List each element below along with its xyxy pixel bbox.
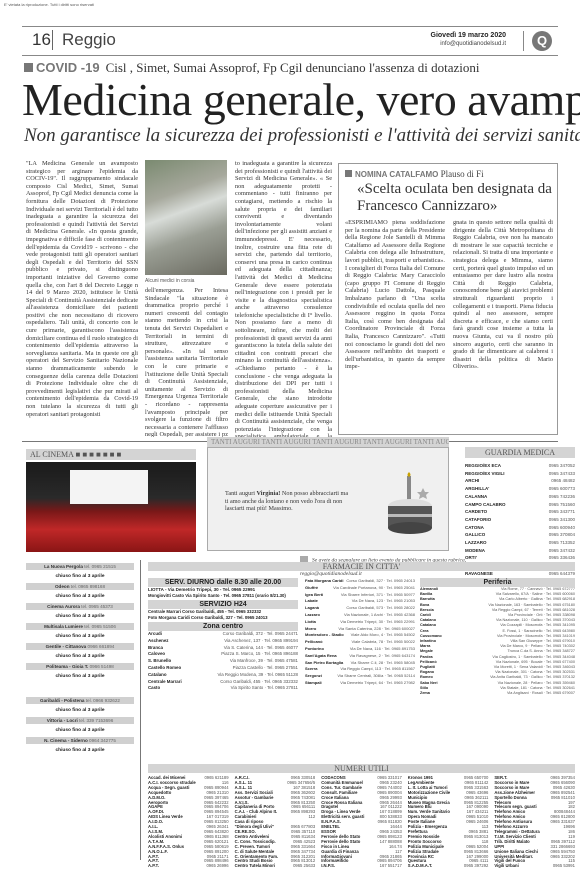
cinema-name: Multisala Lumiere xyxy=(44,624,83,629)
pharmacy-row: BrancaVia S. Caterina, 144 · Tel. 0965 4… xyxy=(148,645,298,652)
farmacie-citta-list: Fata Morgana CaridiCorso Garibaldi, 327 … xyxy=(305,578,415,687)
pharmacy-row-name: San Pietro Bortaglia xyxy=(305,660,343,667)
numero-row: A.P.T.0965 26996 xyxy=(148,864,229,869)
guardia-row: MODENA0965 347432 xyxy=(465,547,575,555)
cinema-item: Cinema Aurora tel. 0965 45373chiuso fino… xyxy=(26,603,134,623)
numero-row: S.A.D.M.A.T.0965 397292 xyxy=(408,864,489,869)
guardia-row: LAZZARO0965 713352 xyxy=(465,539,575,547)
pharmacy-row-value: Via Santa Caterina, 228 · Tel. 0965 6000… xyxy=(338,626,415,633)
pharmacy-row-name: Pellicanò xyxy=(305,639,323,646)
pharmacy-row: LazzaroVia Nazionale, 1 Archi · Tel. 096… xyxy=(305,612,415,619)
pharmacy-row-value: Piazza S. Marco, 15 · Tel. 0965 896188 xyxy=(221,651,298,658)
article-subhead: Non garantisce la sicurezza dei professi… xyxy=(24,125,580,147)
guardia-row: ARGHILLA'0965 600773 xyxy=(465,485,575,493)
cinema-phone: tel. 0966 932622 xyxy=(86,698,120,703)
sidebar-title: «Scelta oculata ben designata da Frances… xyxy=(357,181,557,215)
cinema-band-label: AL CINEMA xyxy=(30,450,73,459)
pharmacy-row-value: Via Anglisani · Rosali · Tel. 0965 67900… xyxy=(507,691,575,696)
numero-row-name: S.A.D.M.A.T. xyxy=(408,864,432,869)
numeri-column: A.R.C.I.0965 330518A.S.L. 110965 347656/… xyxy=(235,776,316,869)
pharmacy-row: San Pietro BortagliaVia Sbarre C.li, 28 … xyxy=(305,660,415,667)
pharmacy-row: GiuffrèVia Cardinale Portanova, 90 · Tel… xyxy=(305,585,415,592)
guardia-phone: 0965 600940 xyxy=(549,524,575,532)
pharmacy-row: PellicanòViale Calabria, 78 · Tel. 0965 … xyxy=(305,639,415,646)
cinema-band: AL CINEMA ■ ■ ■ ■ ■ ■ ■ xyxy=(26,449,196,460)
pharmacy-row-name: Pontorino xyxy=(305,646,324,653)
pharmacy-row-name: S. Brunello xyxy=(148,658,171,665)
zona-centro-list: ArcudiCorso Garibaldi, 372 · Tel. 0965 2… xyxy=(148,631,298,692)
pharmacy-row-name: Sant'Agata Rena xyxy=(305,653,337,660)
pharmacy-row-name: Fata Morgana Caridi xyxy=(305,578,343,585)
serv-diurno-line-2: Mongiovitti Casto Via Spirito Santo · Te… xyxy=(148,593,298,599)
cinema-phone: tel. 0965 898168 xyxy=(71,584,105,589)
article-column-2: dell'emergenza. Per Intesa Sindacale "la… xyxy=(145,287,228,437)
zona-centro-title: Zona centro xyxy=(148,622,298,631)
pharmacy-row: LiottaVia Demetrio Tripepi, 30 · Tel. 09… xyxy=(305,619,415,626)
numero-row: Vigili Urbani0965 53991 xyxy=(494,864,575,869)
cinema-status: chiuso fino al 3 aprile xyxy=(26,570,134,583)
cinema-status: chiuso fino al 3 aprile xyxy=(26,590,134,603)
cinema-name-bar: La Nuova Pergola tel. 0965 21515 xyxy=(26,563,134,570)
guardia-location: LAZZARO xyxy=(465,539,487,547)
pharmacy-row: Castello RomeoPiazza Castello · Tel. 096… xyxy=(148,665,298,672)
periferia-title: Periferia xyxy=(420,578,575,587)
pharmacy-row-name: Stampali xyxy=(305,680,322,687)
cinema-name: Vittoria - Locri xyxy=(47,718,78,723)
cinema-phone: 0966 51498 xyxy=(90,664,114,669)
birthday-cake-icon xyxy=(385,470,435,540)
numero-row: Centro Tutela Minori0965 25633 xyxy=(235,864,316,869)
pharmacy-row-name: Sergonzi xyxy=(305,673,322,680)
cinema-status: chiuso fino al 3 aprile xyxy=(26,724,134,737)
cinema-status: chiuso fino al 3 aprile xyxy=(26,650,134,663)
cinema-status: chiuso fino al 3 aprile xyxy=(26,744,134,757)
sidebar-column-2: gnata in questo settore nella qualità di… xyxy=(453,219,553,429)
numeri-column: CODACONS0965 331017Comunità Emmanuel0965… xyxy=(321,776,402,869)
guardia-location: CALANNA xyxy=(465,493,487,501)
pharmacy-row-value: Via Demetrio Tripepi, 30 · Tel. 0965 229… xyxy=(340,619,415,626)
header-top-rule xyxy=(22,26,558,27)
auguri-message: Tanti auguri Virginia! Non posso abbracc… xyxy=(225,490,350,513)
pharmacy-row-name: Castello Romeo xyxy=(148,665,181,672)
auguri-band: TANTI AUGURI TANTI AUGURI TANTI AUGURI T… xyxy=(207,437,449,447)
header-bottom-rule xyxy=(22,55,558,56)
guardia-location: ORTI' xyxy=(465,554,477,562)
pharmacy-row: CatalanoVia Reggio Modena, 39 · Tel. 096… xyxy=(148,672,298,679)
cinema-phone: tel. 0965 51506 xyxy=(84,624,116,629)
pharmacy-row-value: Via Nazionale, 1 Archi · Tel. 0965 42368 xyxy=(344,612,415,619)
guardia-location: CARDETO xyxy=(465,508,487,516)
h24-title: SERVIZIO H24 xyxy=(148,600,298,609)
pharmacy-row: AschenezVia Aschenez, 137 · Tel. 0965 89… xyxy=(148,638,298,645)
guardia-location: MODENA xyxy=(465,547,485,555)
cinema-item: Garibaldi - Polistena tel. 0966 932622ch… xyxy=(26,697,134,717)
cinema-screen xyxy=(70,470,148,504)
guardia-row: REGGIO/EX VIGILI0965 347433 xyxy=(465,470,575,478)
auguri-name: Virginia! xyxy=(257,490,281,497)
sidebar-kicker-text: Plauso di Fi xyxy=(441,169,484,179)
pharmacy-row-name: Caloveo xyxy=(148,651,165,658)
guardia-location: ARCHI xyxy=(465,477,479,485)
cinema-phone: 0964 342775 xyxy=(89,738,116,743)
numero-row: I.N.P.S.167 551717 xyxy=(321,864,402,869)
guardia-phone: 0965 600773 xyxy=(549,485,575,493)
numeri-column: SER.T.0965 397354Soccorso in Mare0965 65… xyxy=(494,776,575,869)
pharmacy-row-value: Via Demetrio Tripepi, 64 · Tel. 0965 279… xyxy=(340,680,415,687)
cinema-name: La Nuova Pergola xyxy=(44,564,83,569)
cinema-name-bar: Politeama - Gioia T. 0966 51498 xyxy=(26,663,134,670)
article-headline: Medicina generale, vero avamposto xyxy=(22,76,580,124)
sidebar-column-1: «ESPRIMIAMO piena soddisfazione per la n… xyxy=(345,219,445,429)
pharmacy-row-name: Giuffrè xyxy=(305,585,318,592)
cinema-name-bar: Garibaldi - Polistena tel. 0966 932622 xyxy=(26,697,134,704)
photo-caption: Alcuni medici in corsia xyxy=(145,278,194,284)
pharmacy-row: ScerraVia Reggio Campi, 113 · Tel. 0965 … xyxy=(305,666,415,673)
pharmacy-row: S. BrunelloVia Manfroce, 39 · Tel. 0965 … xyxy=(148,658,298,665)
column-rule xyxy=(140,560,141,860)
cinema-name-bar: Cinema Aurora tel. 0965 45373 xyxy=(26,603,134,610)
guardia-phone: 0965 341300 xyxy=(549,516,575,524)
pharmacy-row-name: Labate xyxy=(305,598,318,605)
issue-date: Giovedì 19 marzo 2020 xyxy=(431,32,506,39)
h24-line-2: Foto Morgana Caridi Corso Garibaldi, 327… xyxy=(148,615,298,621)
guardia-title: GUARDIA MEDICA xyxy=(465,447,575,458)
pharmacy-row-name: Aschenez xyxy=(148,638,169,645)
guardia-location: REGGIO/EX VIGILI xyxy=(465,470,505,478)
cinema-name: Politeama - Gioia T. xyxy=(46,664,88,669)
periferia-list: AlemanoliVia Rome, 77 · Cannavò · Tel. 0… xyxy=(420,587,575,696)
cinema-status: chiuso fino al 3 aprile xyxy=(26,704,134,717)
numero-row-value: 112 xyxy=(309,815,316,820)
cinema-name-bar: Multisala Lumiere tel. 0965 51506 xyxy=(26,623,134,630)
article-tag: COVID -19 xyxy=(36,60,100,75)
cinema-item: N. Cinema - Siderno 0964 342775chiuso fi… xyxy=(26,737,134,757)
guardia-location: GALLICO xyxy=(465,531,485,539)
pharmacy-row-name: Montesdoro - Stadio xyxy=(305,632,344,639)
pharmacy-row-value: Viale Aldo Moro, 4 · Tel. 0965 54502 xyxy=(351,632,415,639)
pharmacy-row-value: Via De Nava, 123 · Tel. 0965 21053 xyxy=(352,598,415,605)
pharmacy-row-value: Via De Nava, 116 · Tel. 0965 891753 xyxy=(350,646,415,653)
pharmacy-row-value: Corso Garibaldi, 455 · Tel. 0965 332332 xyxy=(220,679,298,686)
guardia-location: CAMPO CALABRO xyxy=(465,501,506,509)
pharmacy-row-value: Via Reggio Modena, 39 · Tel. 0965 51128 xyxy=(217,672,298,679)
cinema-name-bar: Odeon tel. 0965 898168 xyxy=(26,583,134,590)
auguri-pre: Tanti auguri xyxy=(225,490,257,497)
cinema-status: chiuso fino al 3 aprile xyxy=(26,670,134,683)
guardia-row: ORTI'0965 336436 xyxy=(465,554,575,562)
guardia-row: REGGIO/EX ECA0965 347052 xyxy=(465,462,575,470)
numero-row-value: 0965 25633 xyxy=(293,864,315,869)
cinema-name-bar: Vittoria - Locri tel. 339 7153696 xyxy=(26,717,134,724)
pharmacy-row-name: Igea Berti xyxy=(305,592,323,599)
serv-diurno-title: SERV. DIURNO dalle 8.30 alle 20.00 xyxy=(148,578,298,587)
numero-row-value: 167 551717 xyxy=(380,864,402,869)
numeri-utili-grid: Accad. dei Micenei0965 621189A.C.I. socc… xyxy=(148,776,575,869)
cinema-phone: tel. 339 7153696 xyxy=(79,718,113,723)
kicker-text: Cisl , Simet, Sumai Assoprof, Fp Cgil de… xyxy=(106,60,480,75)
cinema-item: Odeon tel. 0965 898168chiuso fino al 3 a… xyxy=(26,583,134,603)
numeri-utili-title: NUMERI UTILI xyxy=(148,764,575,773)
article-column-3: to inadeguata a garantire la sicurezza d… xyxy=(235,160,332,440)
cinema-item: Multisala Lumiere tel. 0965 51506chiuso … xyxy=(26,623,134,643)
pharmacy-row-name: Catalano xyxy=(148,672,167,679)
numero-row-name: Vigili Urbani xyxy=(494,864,518,869)
guardia-row: CATONA0965 600940 xyxy=(465,524,575,532)
numeri-column: Accad. dei Micenei0965 621189A.C.I. socc… xyxy=(148,776,229,869)
cinema-phone: 0966 661894 xyxy=(88,644,115,649)
pharmacy-row-name: Centrale Marrari xyxy=(148,679,182,686)
copyright-notice: E' vietata la riproduzione. Tutti i diri… xyxy=(4,2,94,7)
pharmacy-row: Sant'Agata RenaVia Ravagnese, 2 · Tel. 0… xyxy=(305,653,415,660)
guardia-row: CARDETO0965 343771 xyxy=(465,508,575,516)
pharmacy-row-value: Via Manfroce, 39 · Tel. 0965 47581 xyxy=(230,658,298,665)
pharmacy-row-name: Arcudi xyxy=(148,631,162,638)
pharmacy-row-value: Piazza Castello · Tel. 0965 27551 xyxy=(233,665,298,672)
logo-separator xyxy=(523,31,524,51)
pharmacy-row-value: Corso Garibaldi, 372 · Tel. 0965 24471 xyxy=(223,631,298,638)
guardia-row: CAMPO CALABRO0965 751560 xyxy=(465,501,575,509)
cinema-phone: tel. 0965 21515 xyxy=(84,564,116,569)
pharmacy-row: CastoVia Spirito Santo · Tel. 0965 27811 xyxy=(148,685,298,692)
numero-row-name: A.P.T. xyxy=(148,864,159,869)
pharmacy-row-value: Via Cardinale Portanova, 90 · Tel. 0965 … xyxy=(333,585,415,592)
contact-email[interactable]: info@quotidianodelsud.it xyxy=(440,41,506,47)
pharmacy-row: ZemaVia Anglisani · Rosali · Tel. 0965 6… xyxy=(420,691,575,696)
numero-row-value: 0965 26996 xyxy=(206,864,228,869)
guardia-row: GALLICO0965 370804 xyxy=(465,531,575,539)
cinema-name: Garibaldi - Polistena xyxy=(40,698,84,703)
pharmacy-row: LabateVia De Nava, 123 · Tel. 0965 21053 xyxy=(305,598,415,605)
pharmacy-row-value: Via Aschenez, 137 · Tel. 0965 899194 xyxy=(224,638,298,645)
guardia-medica: GUARDIA MEDICA REGGIO/EX ECA0965 347052R… xyxy=(465,447,575,578)
pharmacy-row-name: Zema xyxy=(420,691,430,696)
pharmacy-row: CaloveoPiazza S. Marco, 15 · Tel. 0965 8… xyxy=(148,651,298,658)
pharmacy-row-value: Via Reggio Campi, 113 · Tel. 0965 811567 xyxy=(340,666,415,673)
guardia-row: ARCHI0965 48482 xyxy=(465,477,575,485)
cinema-phone: tel. 0965 45373 xyxy=(81,604,113,609)
guardia-phone: 0965 742236 xyxy=(549,493,575,501)
cinema-item: La Nuova Pergola tel. 0965 21515chiuso f… xyxy=(26,563,134,583)
pharmacy-row: StampaliVia Demetrio Tripepi, 64 · Tel. … xyxy=(305,680,415,687)
guardia-location: CATONA xyxy=(465,524,484,532)
guardia-phone: 0965 713352 xyxy=(549,539,575,547)
farmacie-title: FARMACIE IN CITTA' xyxy=(148,562,575,571)
article-photo xyxy=(145,160,227,275)
pharmacy-row: MorroVia Santa Caterina, 228 · Tel. 0965… xyxy=(305,626,415,633)
sidebar-tag: NOMINA CATALFAMO xyxy=(355,170,438,179)
guardia-row: CATAFORIO0965 341300 xyxy=(465,516,575,524)
guardia-phone: 0965 336436 xyxy=(549,554,575,562)
numero-row-value: 0965 53991 xyxy=(553,864,575,869)
cinema-name-bar: Gentile - Cittanova 0966 661894 xyxy=(26,643,134,650)
newspaper-logo-icon: Q xyxy=(532,31,552,51)
numero-row-name: I.N.P.S. xyxy=(321,864,335,869)
pharmacy-row-name: Laganà xyxy=(305,605,319,612)
pharmacy-row-value: Via Ravagnese, 2 · Tel. 0965 643174 xyxy=(349,653,415,660)
cinema-item: Vittoria - Locri tel. 339 7153696chiuso … xyxy=(26,717,134,737)
guardia-location: REGGIO/EX ECA xyxy=(465,462,501,470)
cinema-item: Politeama - Gioia T. 0966 51498chiuso fi… xyxy=(26,663,134,683)
pharmacy-row: Centrale MarrariCorso Garibaldi, 455 · T… xyxy=(148,679,298,686)
pharmacy-row-name: Scerra xyxy=(305,666,317,673)
pharmacy-row-name: Lazzaro xyxy=(305,612,320,619)
section-title: Reggio xyxy=(62,30,116,50)
cinema-item: Gentile - Cittanova 0966 661894chiuso fi… xyxy=(26,643,134,663)
pharmacy-row: SergonziVia Sbarre Centrali, 308/a · Tel… xyxy=(305,673,415,680)
pharmacy-row: Igea BertiVia Sbarre Inferiori, 371 · Te… xyxy=(305,592,415,599)
pharmacy-row: Fata Morgana CaridiCorso Garibaldi, 327 … xyxy=(305,578,415,585)
guardia-phone: 0965 347052 xyxy=(549,462,575,470)
guardia-row: CALANNA0965 742236 xyxy=(465,493,575,501)
numero-row-value: 0965 397292 xyxy=(464,864,488,869)
numero-row-name: Centro Tutela Minori xyxy=(235,864,275,869)
pharmacy-row-name: Branca xyxy=(148,645,163,652)
pharmacy-row-value: Via Sbarre Centrali, 308/a · Tel. 0965 5… xyxy=(337,673,415,680)
pharmacy-row-value: Viale Calabria, 78 · Tel. 0965 50022 xyxy=(352,639,415,646)
pharmacy-row-value: Via Spirito Santo · Tel. 0965 27811 xyxy=(231,685,298,692)
pharmacy-row-name: Casto xyxy=(148,685,160,692)
cinema-name-bar: N. Cinema - Siderno 0964 342775 xyxy=(26,737,134,744)
pharmacy-row: PontorinoVia De Nava, 116 · Tel. 0965 89… xyxy=(305,646,415,653)
cinema-name: N. Cinema - Siderno xyxy=(44,738,88,743)
cinema-status: chiuso fino al 3 aprile xyxy=(26,610,134,623)
guardia-location: ARGHILLA' xyxy=(465,485,489,493)
pharmacy-row: Montesdoro - StadioViale Aldo Moro, 4 · … xyxy=(305,632,415,639)
square-bullet-icon xyxy=(24,63,33,72)
guardia-location: CATAFORIO xyxy=(465,516,491,524)
guardia-phone: 0965 370804 xyxy=(549,531,575,539)
guardia-list: REGGIO/EX ECA0965 347052REGGIO/EX VIGILI… xyxy=(465,462,575,578)
sidebar-article-box: NOMINA CATALFAMO Plauso di Fi «Scelta oc… xyxy=(338,163,558,435)
pharmacy-row: LaganàCorso Garibaldi, 573 · Tel. 0965 2… xyxy=(305,605,415,612)
farmacie-servizi: SERV. DIURNO dalle 8.30 alle 20.00 LIOTT… xyxy=(148,578,298,692)
cinema-status: chiuso fino al 3 aprile xyxy=(26,630,134,643)
pharmacy-row-value: Corso Garibaldi, 327 · Tel. 0965 24013 xyxy=(346,578,415,585)
cinema-name: Gentile - Cittanova xyxy=(46,644,87,649)
guardia-phone: 0965 347432 xyxy=(549,547,575,555)
guardia-phone: 0965 751560 xyxy=(549,501,575,509)
cinema-name: Cinema Aurora xyxy=(47,604,80,609)
farmacie-periferia: Periferia AlemanoliVia Rome, 77 · Cannav… xyxy=(420,578,575,696)
guardia-phone: 0965 48482 xyxy=(551,477,575,485)
guardia-phone: 0965 343771 xyxy=(549,508,575,516)
pharmacy-row-name: Morro xyxy=(305,626,316,633)
article-column-1: "LA Medicina Generale un avamposto strat… xyxy=(26,160,138,445)
pharmacy-row-value: Via Sbarre C.li, 28 · Tel. 0965 58045 xyxy=(351,660,415,667)
pharmacy-row-value: Corso Garibaldi, 573 · Tel. 0965 28022 xyxy=(346,605,415,612)
pharmacy-row: ArcudiCorso Garibaldi, 372 · Tel. 0965 2… xyxy=(148,631,298,638)
sidebar-kicker: NOMINA CATALFAMO Plauso di Fi xyxy=(345,169,484,179)
guardia-phone: 0965 347433 xyxy=(549,470,575,478)
header-separator xyxy=(52,30,53,50)
cinema-listings: La Nuova Pergola tel. 0965 21515chiuso f… xyxy=(26,563,134,757)
numeri-column: Kronos 19910965 650700LegAmbiente0965 81… xyxy=(408,776,489,869)
square-bullet-icon xyxy=(345,170,352,177)
page-number: 16 xyxy=(32,30,51,50)
pharmacy-row-value: Via S. Caterina, 144 · Tel. 0965 46077 xyxy=(224,645,298,652)
pharmacy-row-value: Via Sbarre Inferiori, 371 · Tel. 0965 50… xyxy=(341,592,415,599)
cinema-name: Odeon xyxy=(55,584,70,589)
pharmacy-row-name: Liotta xyxy=(305,619,316,626)
